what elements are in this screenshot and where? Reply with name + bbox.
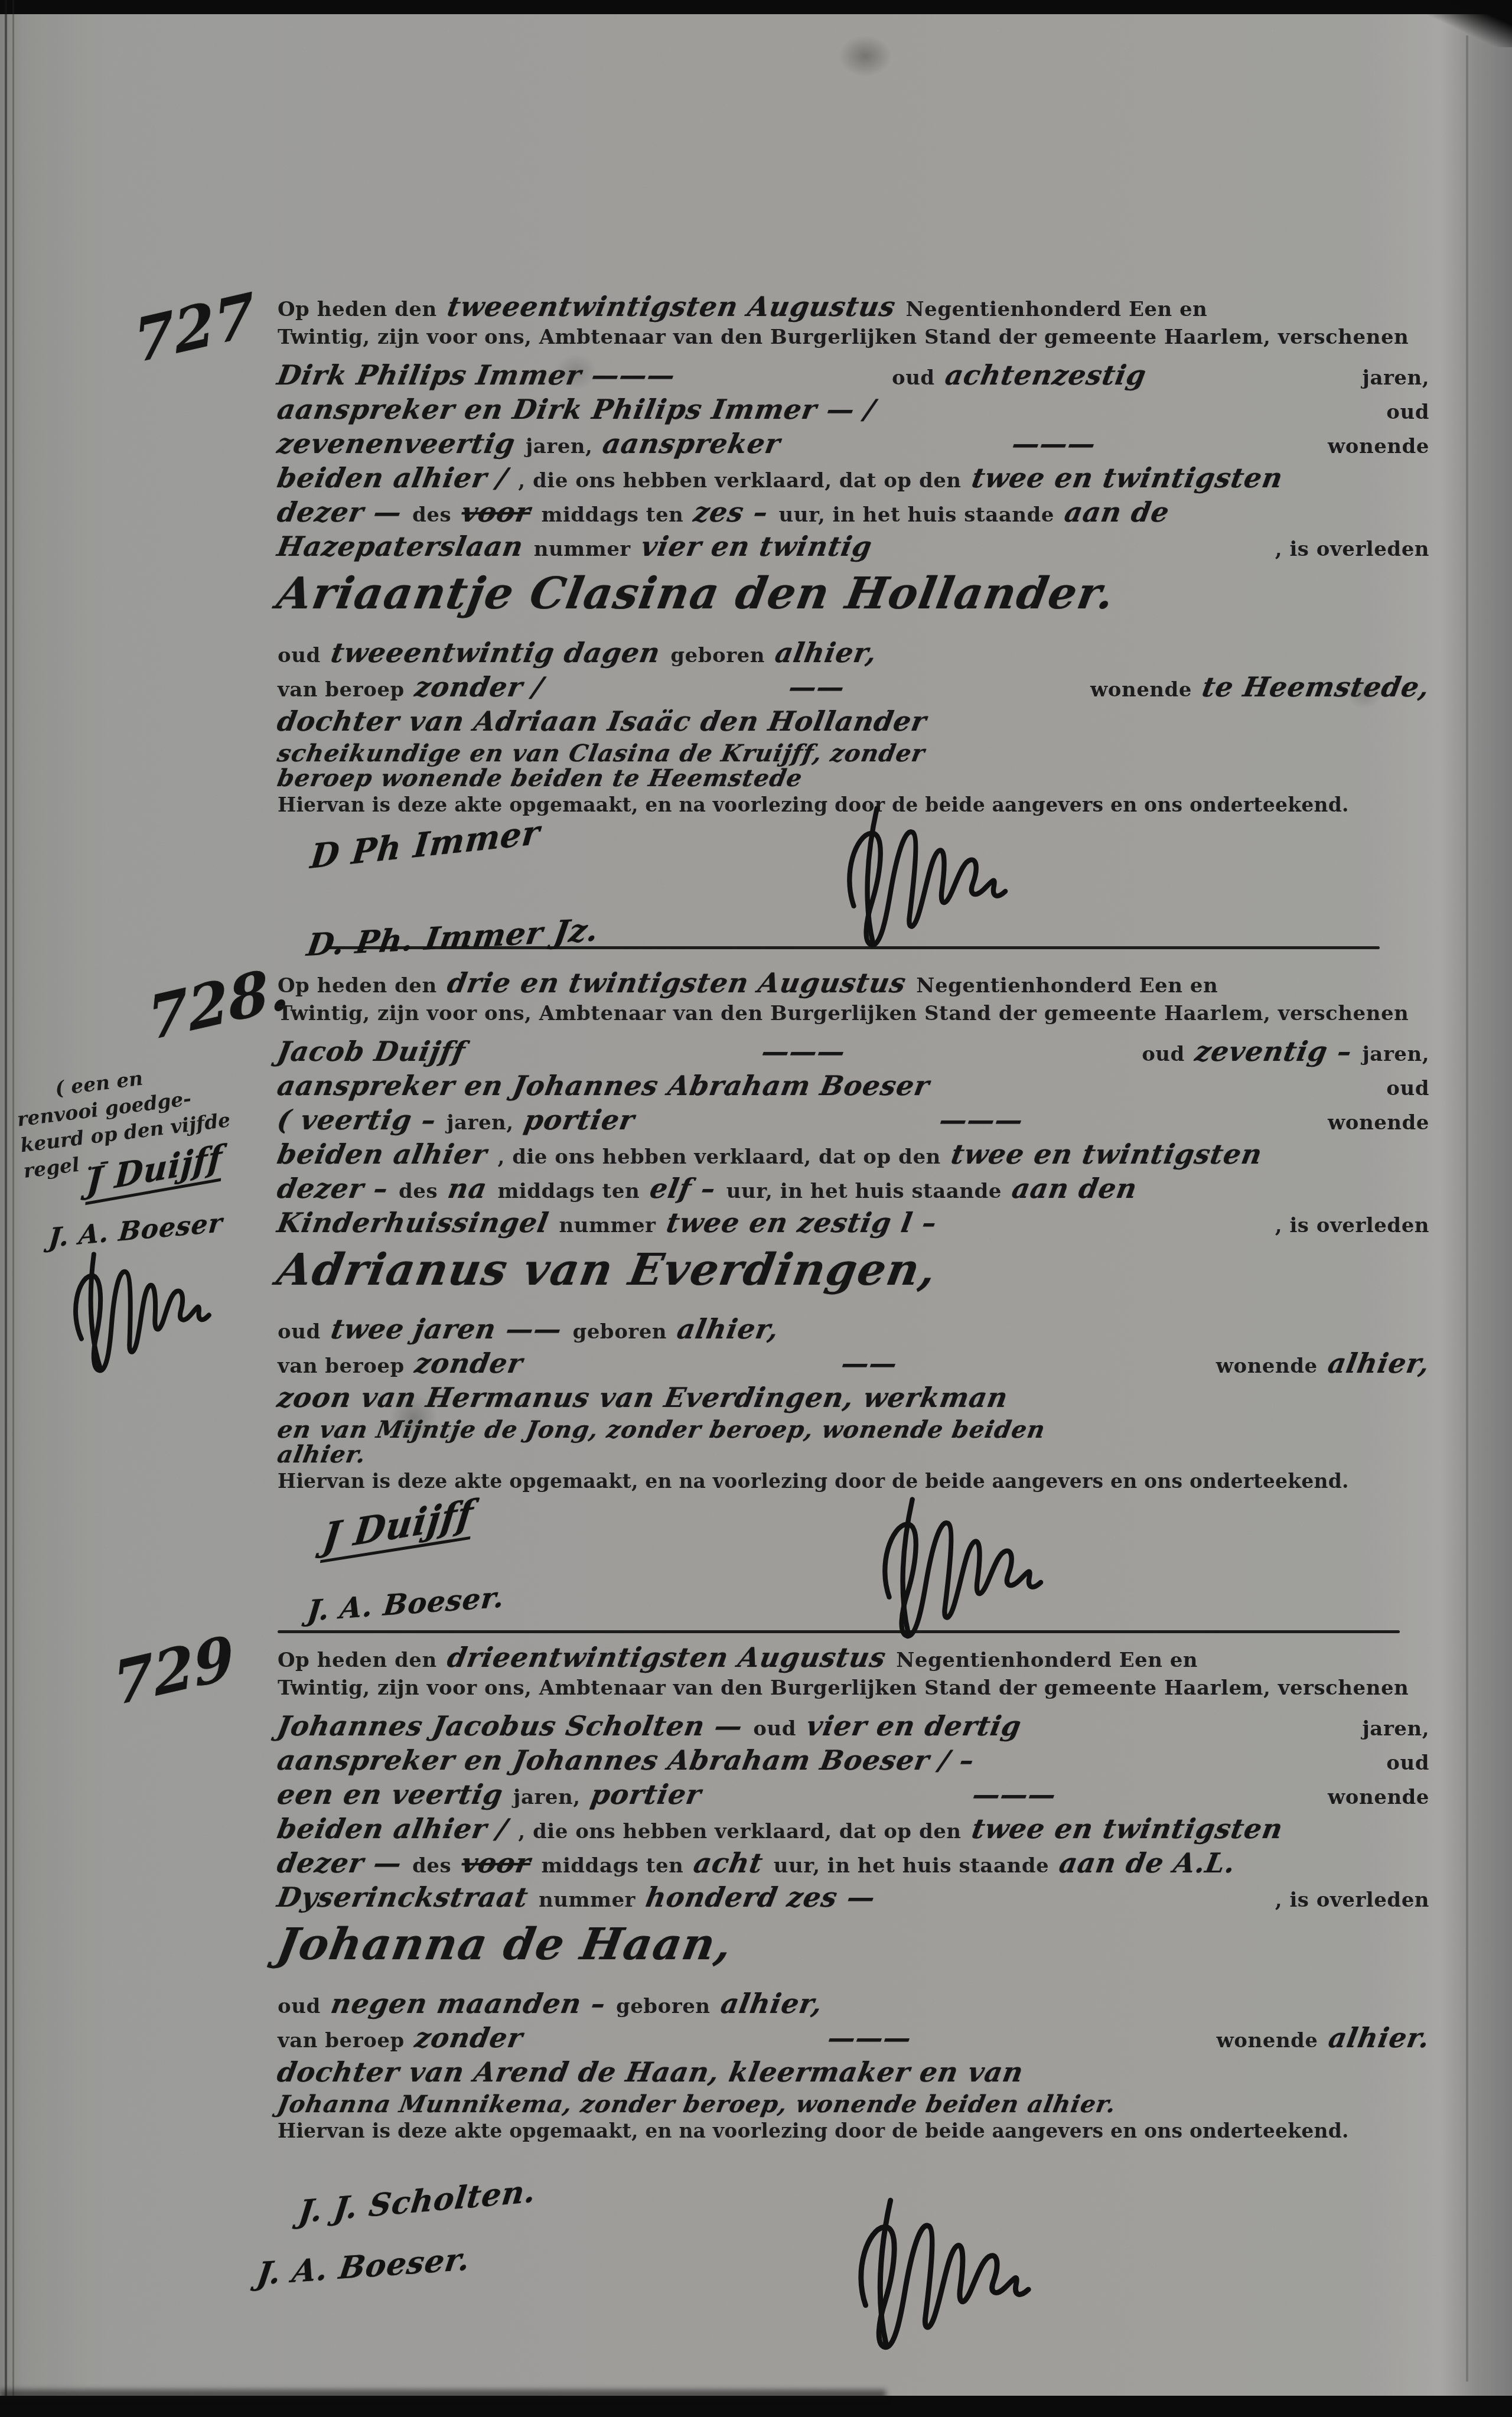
handwritten-text: acht [692,1849,765,1877]
act-line: beiden alhier /, die ons hebben verklaar… [278,464,1429,498]
handwritten-text: aan de [1063,498,1172,526]
act-line: dezer –desnamiddags tenelf –uur, in het … [278,1174,1429,1208]
act-line: Twintig, zijn voor ons, Ambtenaar van de… [278,327,1429,361]
act-line: scheikundige en van Clasina de Kruijff, … [278,741,1429,766]
handwritten-text: ——— [825,2024,914,2052]
signature-declarant-2: J. A. Boeser. [255,2244,472,2290]
handwritten-text: aanspreker en Dirk Philips Immer — / [275,395,878,424]
handwritten-text: een en veertig [275,1780,506,1809]
handwritten-text: tweeentwintigsten Augustus [445,292,897,321]
printed-form-text: oud [278,1321,321,1343]
act-line: Johannes Jacobus Scholten —oudvier en de… [278,1712,1429,1746]
handwritten-text: zonder / [412,673,545,701]
handwritten-text: ——— [937,1106,1025,1134]
act-line: Hiervan is deze akte opgemaakt, en na vo… [278,2120,1429,2151]
printed-form-text: des [399,1181,438,1203]
handwritten-text: zeventig – [1193,1037,1354,1066]
printed-form-text: oud [753,1718,796,1740]
printed-form-text: Hiervan is deze akte opgemaakt, en na vo… [278,1471,1349,1492]
act-line: beiden alhier /, die ons hebben verklaar… [278,1815,1429,1849]
printed-form-text: jaren, [447,1112,513,1134]
printed-form-text: jaren, [1363,367,1429,389]
binding-line [5,0,7,2417]
printed-form-text: van beroep [278,2030,405,2052]
handwritten-text: twee en zestig l – [664,1208,939,1237]
handwritten-text: Hazepaterslaan [275,532,526,561]
act-line: ( veertig –jaren,portier———wonende [278,1106,1429,1140]
act-line: zevenenveertigjaren,aanspreker———wonende [278,429,1429,464]
printed-form-text: des [412,1855,451,1877]
printed-form-text: uur, in het huis staande [726,1181,1002,1203]
printed-form-text: Negentienhonderd Een en [896,1650,1198,1672]
handwritten-text: Dyserinckstraat [275,1883,531,1911]
handwritten-text: zoon van Hermanus van Everdingen, werkma… [275,1383,1011,1412]
act-line: Adrianus van Everdingen, [278,1247,1429,1309]
printed-form-text: , die ons hebben verklaard, dat op den [518,1821,961,1843]
printed-form-text: Hiervan is deze akte opgemaakt, en na vo… [278,2120,1349,2142]
handwritten-text: —— [786,673,847,701]
act-line: alhier. [278,1442,1429,1467]
printed-form-text: wonende [1090,679,1192,701]
printed-form-text: wonende [1328,436,1429,458]
handwritten-text: Johanna Munnikema, zonder beroep, wonend… [275,2092,1118,2117]
act-line: van beroepzonder——wonendealhier, [278,1349,1429,1383]
handwritten-text: zonder [412,1349,524,1377]
act-line: Ariaantje Clasina den Hollander. [278,571,1429,633]
handwritten-text: aan de A.L. [1057,1849,1238,1877]
act-line: dezer —desvoormiddags tenzes –uur, in he… [278,498,1429,532]
printed-form-text: , die ons hebben verklaard, dat op den [498,1146,941,1168]
handwritten-text: twee jaren [328,1315,498,1343]
handwritten-text: ——— [589,361,678,389]
printed-form-text: oud [1142,1044,1185,1066]
printed-form-text: middags ten [541,1855,683,1877]
handwritten-text: aanspreker [601,429,783,458]
handwritten-text: twee en twintigsten [949,1140,1264,1168]
handwritten-text: negen maanden – [328,1989,608,2018]
printed-form-text: wonende [1217,2030,1318,2052]
printed-form-text: wonende [1328,1112,1429,1134]
printed-form-text: Op heden den [278,975,437,997]
handwritten-text: drie en twintigsten Augustus [445,969,908,997]
printed-form-text: uur, in het huis staande [774,1855,1049,1877]
printed-form-text: , is overleden [1275,1890,1429,1911]
act-line: Hazepaterslaannummervier en twintig, is … [278,532,1429,566]
handwritten-text: portier [588,1780,703,1809]
stain [839,35,892,77]
printed-form-text: Op heden den [278,299,437,321]
handwritten-text: alhier, [675,1315,781,1343]
printed-form-text: middags ten [497,1181,640,1203]
handwritten-text: dezer – [275,1174,391,1203]
act-line: Johanna Munnikema, zonder beroep, wonend… [278,2092,1429,2117]
act-line: dezer —desvoormiddags tenachtuur, in het… [278,1849,1429,1883]
handwritten-text: alhier, [1325,1349,1432,1377]
handwritten-text: alhier. [1326,2024,1432,2052]
printed-form-text: oud [892,367,935,389]
handwritten-text: Jacob Duijff [275,1037,468,1066]
handwritten-text: te Heemstede, [1200,673,1432,701]
binding-line [12,0,14,2417]
handwritten-text: —— [839,1349,900,1377]
printed-form-text: Twintig, zijn voor ons, Ambtenaar van de… [278,1003,1409,1025]
handwritten-text: aanspreker en Johannes Abraham Boeser / … [275,1746,977,1774]
act-line: Johanna de Haan, [278,1922,1429,1983]
printed-form-text: Negentienhonderd Een en [906,299,1208,321]
registrar-signature [799,1477,1138,1654]
act-line: een en veertigjaren,portier———wonende [278,1780,1429,1815]
act-number-727: 727 [132,284,257,372]
handwritten-text: dezer — [275,498,405,526]
handwritten-text: Johannes Jacobus Scholten — [275,1712,745,1740]
handwritten-text: dezer — [275,1849,405,1877]
printed-form-text: van beroep [278,1356,405,1377]
handwritten-text: Kinderhuissingel [275,1208,551,1237]
signature-declarant-2: D. Ph. Immer Jz. [305,915,601,961]
printed-form-text: geboren [572,1321,667,1343]
act-line: oudnegen maanden –geborenalhier, [278,1989,1429,2024]
act-line: beiden alhier, die ons hebben verklaard,… [278,1140,1429,1174]
act-line: Dyserinckstraatnummerhonderd zes —, is o… [278,1883,1429,1917]
handwritten-text: ( veertig – [275,1106,439,1134]
act-line: Jacob Duijff———oudzeventig –jaren, [278,1037,1429,1071]
printed-form-text: jaren, [1363,1718,1429,1740]
printed-form-text: Twintig, zijn voor ons, Ambtenaar van de… [278,1677,1409,1699]
register-page: 727 728. 729 ( een en renvooi goedge- ke… [0,0,1512,2417]
act-number-729: 729 [111,1627,236,1714]
act-line: beroep wonende beiden te Heemstede [278,766,1429,791]
handwritten-text: aan den [1010,1174,1139,1203]
handwritten-text: beroep wonende beiden te Heemstede [275,766,804,791]
handwritten-text: zonder [412,2024,524,2052]
scan-top-edge [0,0,1512,14]
printed-form-text: jaren, [1363,1044,1429,1066]
page-right-edge [1466,35,1468,2382]
struck-handwritten-text: voor [460,498,533,526]
printed-form-text: , is overleden [1275,539,1429,561]
handwritten-text: zevenenveertig [275,429,517,458]
scan-bottom-smear [0,2390,886,2399]
handwritten-text: Ariaantje Clasina den Hollander. [273,571,1118,617]
registrar-signature [764,786,1102,963]
printed-form-text: wonende [1328,1787,1429,1809]
struck-handwritten-text: voor [460,1849,533,1877]
printed-form-text: Op heden den [278,1650,437,1672]
handwritten-text: beiden alhier [275,1140,490,1168]
printed-form-text: uur, in het huis staande [779,504,1054,526]
registrar-signature [781,2177,1120,2366]
signature-declarant-1: J Duijff [320,1495,475,1563]
printed-form-text: wonende [1216,1356,1318,1377]
handwritten-text: elf – [648,1174,718,1203]
printed-form-text: jaren, [513,1787,580,1809]
handwritten-text: twee en twintigsten [969,464,1285,492]
act-line: van beroepzonder /——wonendete Heemstede, [278,673,1429,707]
printed-form-text: middags ten [541,504,683,526]
handwritten-text: vier en dertig [804,1712,1024,1740]
handwritten-text: aanspreker en Johannes Abraham Boeser [275,1071,932,1100]
act-line: en van Mijntje de Jong, zonder beroep, w… [278,1418,1429,1442]
handwritten-text: Adrianus van Everdingen, [273,1247,940,1294]
printed-form-text: oud [1386,1078,1429,1100]
handwritten-text: achtenzestig [943,361,1148,389]
act-line: aanspreker en Johannes Abraham Boeser / … [278,1746,1429,1780]
act-line: oudtwee jaren——geborenalhier, [278,1315,1429,1349]
printed-form-text: Negentienhonderd Een en [916,975,1218,997]
handwritten-text: —— [504,1315,565,1343]
printed-form-text: geboren [670,645,765,667]
printed-form-text: , die ons hebben verklaard, dat op den [518,470,961,492]
printed-form-text: oud [278,1996,321,2018]
act-line: dochter van Arend de Haan, kleermaker en… [278,2058,1429,2092]
act-line: aanspreker en Johannes Abraham Boeseroud [278,1071,1429,1106]
handwritten-text: beiden alhier / [275,464,510,492]
handwritten-text: tweeentwintig dagen [328,639,662,667]
signature-declarant-1: J. J. Scholten. [297,2176,538,2228]
act-line: Twintig, zijn voor ons, Ambtenaar van de… [278,1677,1429,1712]
handwritten-text: ——— [1010,429,1099,458]
act-line: aanspreker en Dirk Philips Immer — /oud [278,395,1429,429]
printed-form-text: geboren [616,1996,711,2018]
handwritten-text: portier [522,1106,637,1134]
printed-form-text: oud [1386,402,1429,424]
act-line: oudtweeentwintig dagengeborenalhier, [278,639,1429,673]
act-line: Dirk Philips Immer———oudachtenzestigjare… [278,361,1429,395]
printed-form-text: nummer [539,1890,636,1911]
printed-form-text: oud [278,645,321,667]
handwritten-text: dochter van Adriaan Isaäc den Hollander [275,707,929,735]
printed-form-text: van beroep [278,679,405,701]
act-line: Op heden dentweeentwintigsten AugustusNe… [278,292,1429,327]
signature-declarant-2: J. A. Boeser. [306,1583,506,1626]
handwritten-text: alhier, [773,639,879,667]
handwritten-text: vier en twintig [638,532,874,561]
printed-form-text: nummer [534,539,631,561]
act-728-body: Op heden dendrie en twintigsten Augustus… [278,969,1429,1501]
act-line: van beroepzonder———wonendealhier. [278,2024,1429,2058]
handwritten-text: ——— [970,1780,1059,1809]
handwritten-text: scheikundige en van Clasina de Kruijff, … [275,741,927,766]
handwritten-text: twee en twintigsten [969,1815,1285,1843]
handwritten-text: dochter van Arend de Haan, kleermaker en… [275,2058,1026,2086]
printed-form-text: jaren, [526,436,592,458]
printed-form-text: oud [1386,1753,1429,1774]
printed-form-text: , is overleden [1275,1215,1429,1237]
handwritten-text: na [446,1174,490,1203]
printed-form-text: nummer [559,1215,656,1237]
handwritten-text: ——— [760,1037,848,1066]
act-727-body: Op heden dentweeentwintigsten AugustusNe… [278,292,1429,825]
printed-form-text: des [412,504,451,526]
act-line: Twintig, zijn voor ons, Ambtenaar van de… [278,1003,1429,1037]
handwritten-text: zes – [692,498,771,526]
act-line: zoon van Hermanus van Everdingen, werkma… [278,1383,1429,1418]
handwritten-text: alhier, [718,1989,825,2018]
handwritten-text: honderd zes — [644,1883,878,1911]
handwritten-text: Johanna de Haan, [273,1922,736,1968]
handwritten-text: beiden alhier / [275,1815,510,1843]
handwritten-text: Dirk Philips Immer [275,361,584,389]
act-line: Kinderhuissingelnummertwee en zestig l –… [278,1208,1429,1243]
handwritten-text: en van Mijntje de Jong, zonder beroep, w… [275,1418,1047,1442]
printed-form-text: Twintig, zijn voor ons, Ambtenaar van de… [278,327,1409,348]
act-number-728: 728. [146,957,291,1048]
handwritten-text: alhier. [275,1442,368,1467]
act-line: Op heden dendrie en twintigsten Augustus… [278,969,1429,1003]
act-729-body: Op heden dendrieentwintigsten AugustusNe… [278,1643,1429,2151]
act-line: dochter van Adriaan Isaäc den Hollander [278,707,1429,741]
